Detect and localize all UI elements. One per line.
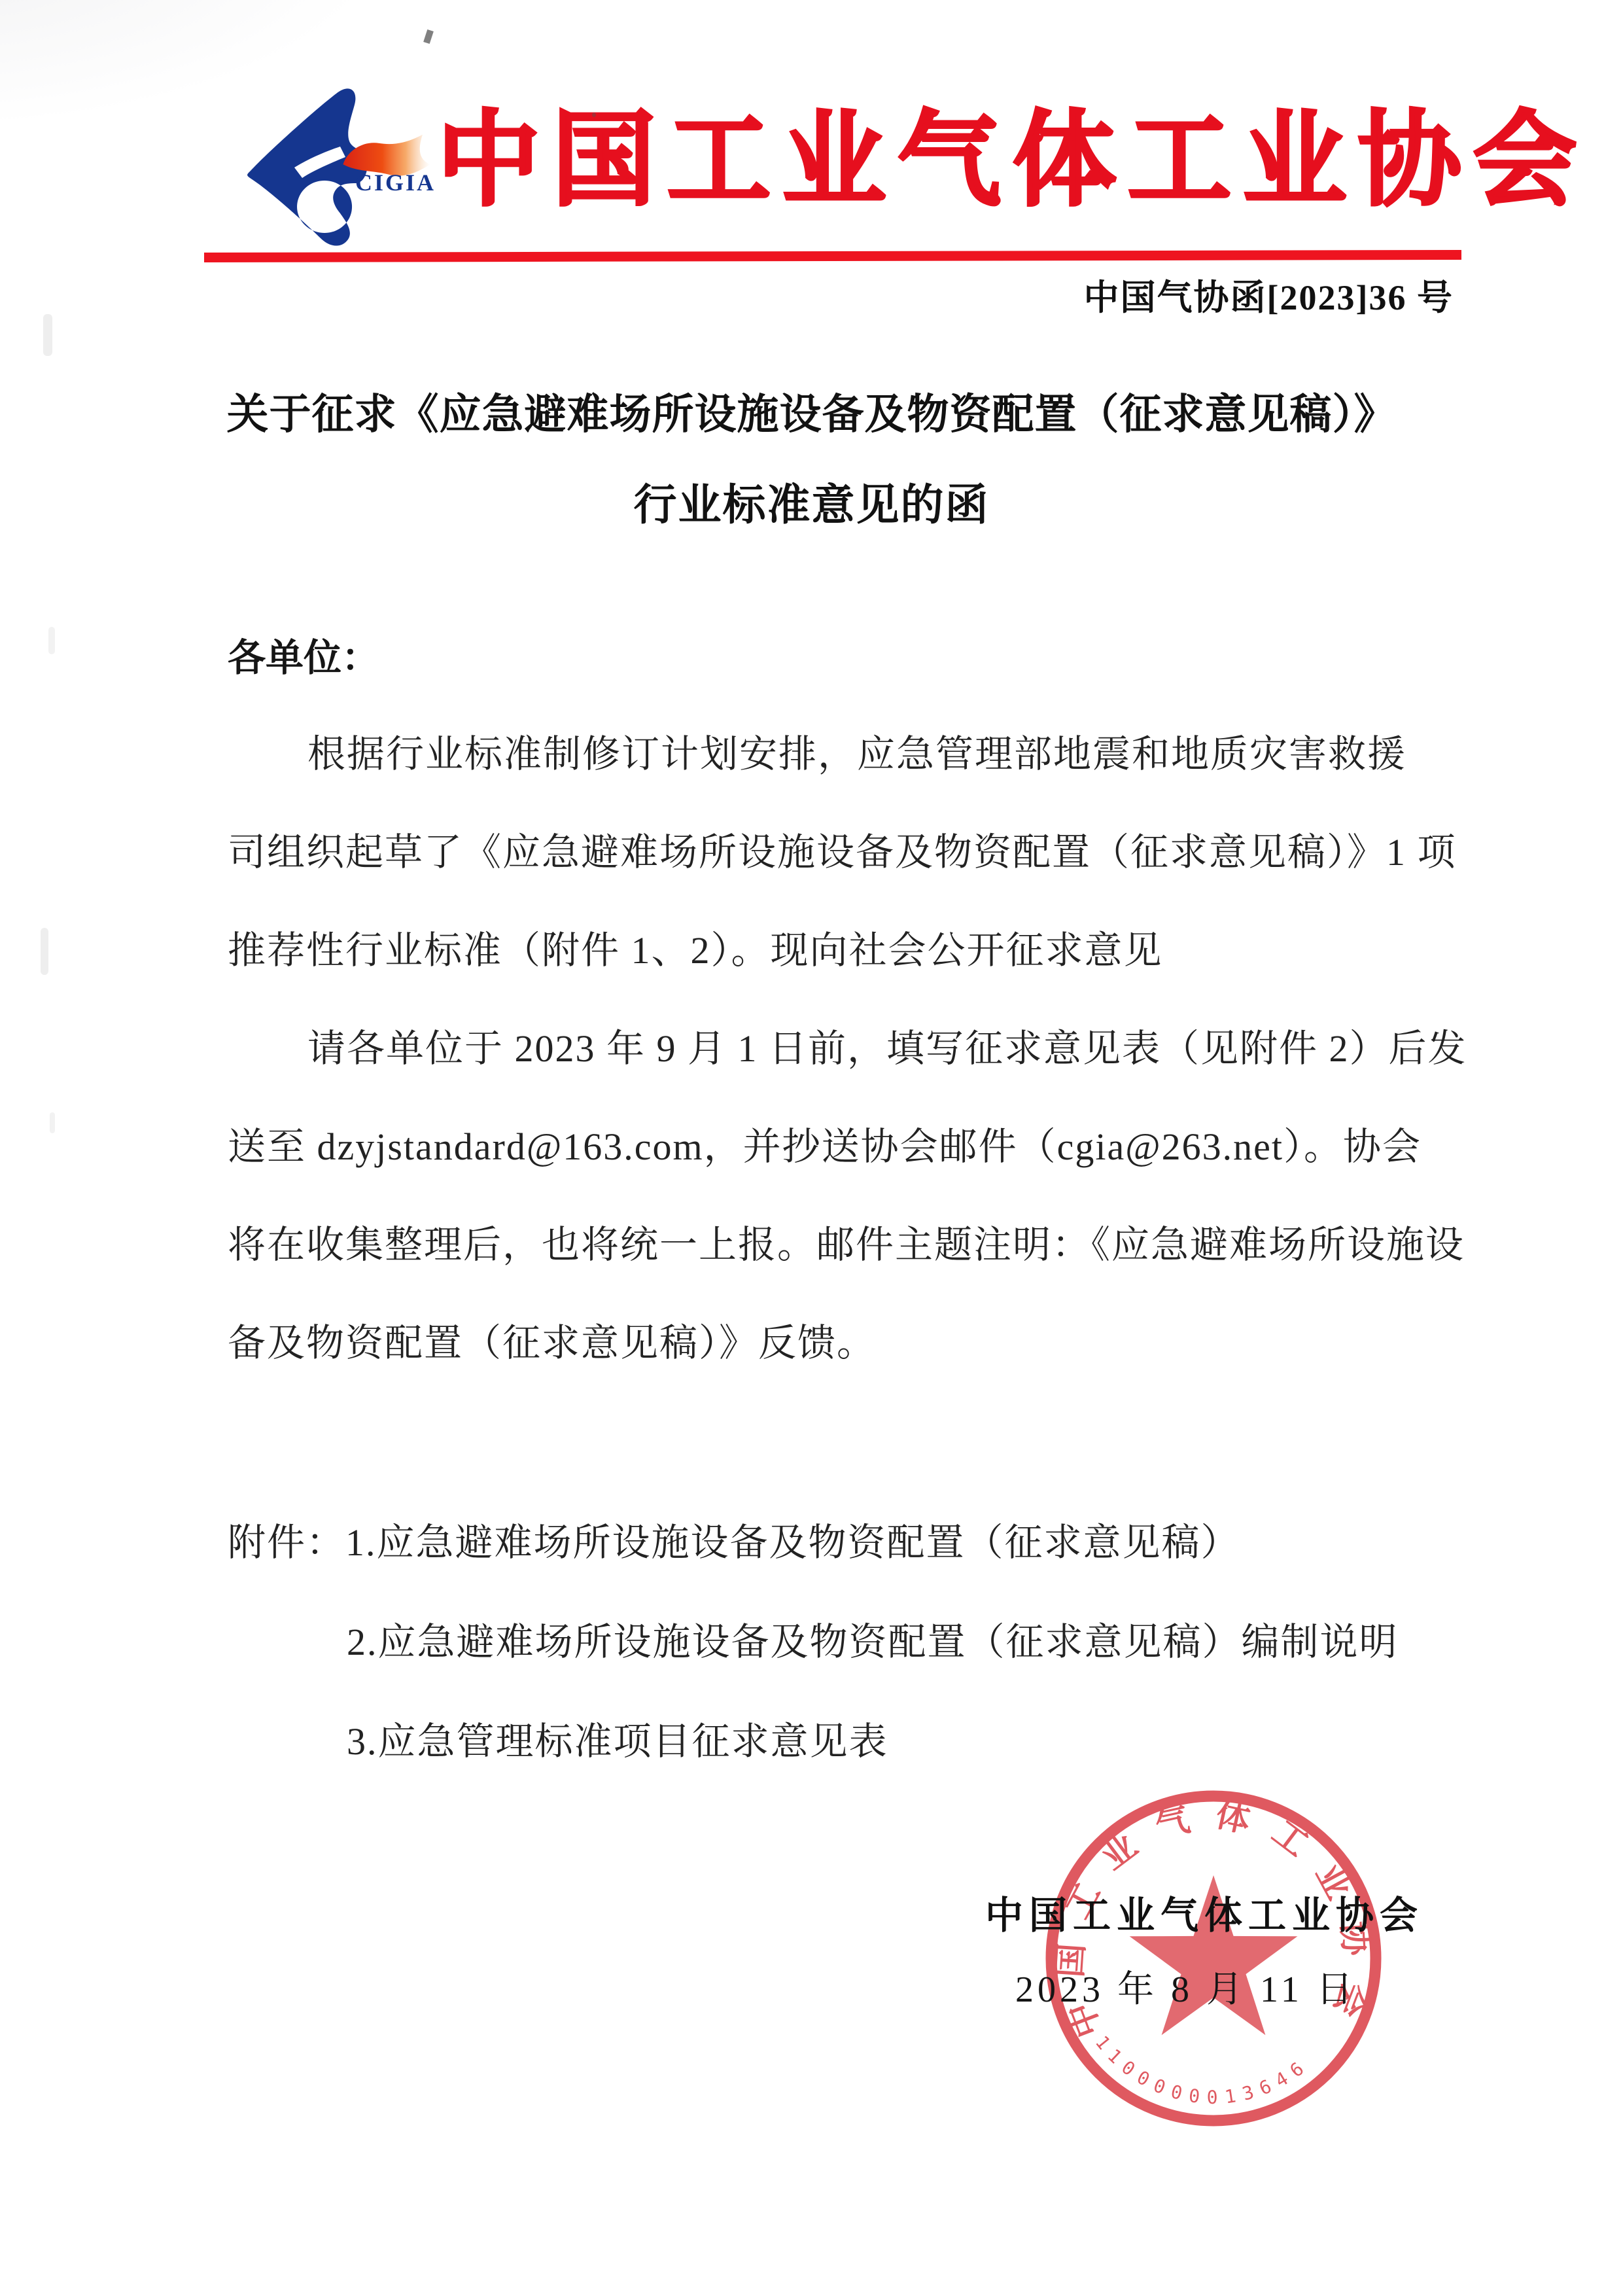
- body-line: 推荐性行业标准（附件 1、2）。现向社会公开征求意见: [228, 902, 1405, 1000]
- signature-date: 2023 年 8 月 11 日: [1015, 1960, 1357, 2013]
- red-divider-line: [204, 250, 1461, 262]
- scan-smudge: [43, 314, 52, 356]
- body-line: 司组织起草了《应急避难场所设施设备及物资配置（征求意见稿）》1 项: [228, 804, 1405, 902]
- body-line: 将在收集整理后，也将统一上报。邮件主题注明：《应急避难场所设施设: [228, 1196, 1405, 1294]
- scanned-letter-page: CIGIA 中国工业气体工业协会 中国气协函[2023]36 号 关于征求《应急…: [0, 0, 1623, 2296]
- association-name-heading: 中国工业气体工业协会: [437, 105, 1418, 216]
- scan-smudge: [41, 928, 48, 975]
- body-line: 根据行业标准制修订计划安排，应急管理部地震和地质灾害救援: [228, 705, 1405, 804]
- attachment-item: 附件：1.应急避难场所设施设备及物资配置（征求意见稿）: [228, 1493, 1471, 1593]
- attachments-label: 附件：: [228, 1521, 345, 1564]
- body-line: 送至 dzyjstandard@163.com，并抄送协会邮件（cgia@263…: [228, 1098, 1405, 1196]
- official-seal: 中国工业气体工业协会 1100000013646: [1037, 1782, 1390, 2135]
- attachment-item-text: 1.应急避难场所设施设备及物资配置（征求意见稿）: [345, 1521, 1240, 1564]
- scan-smudge: [50, 1112, 55, 1133]
- scan-smudge: [48, 627, 55, 654]
- attachment-item: 3.应急管理标准项目征求意见表: [228, 1692, 1471, 1792]
- body-line: 请各单位于 2023 年 9 月 1 日前，填写征求意见表（见附件 2）后发: [228, 1000, 1405, 1098]
- body-line: 备及物资配置（征求意见稿）》反馈。: [228, 1294, 1405, 1392]
- document-number: 中国气协函[2023]36 号: [1084, 270, 1454, 320]
- scan-speck: [423, 29, 434, 44]
- attachments-list: 附件：1.应急避难场所设施设备及物资配置（征求意见稿） 2.应急避难场所设施设备…: [228, 1493, 1471, 1792]
- scan-speck: [592, 113, 596, 117]
- cigia-logo: [241, 85, 444, 249]
- salutation: 各单位：: [228, 627, 379, 682]
- letter-title-line2: 行业标准意见的函: [0, 470, 1623, 532]
- attachment-item: 2.应急避难场所设施设备及物资配置（征求意见稿）编制说明: [228, 1593, 1471, 1692]
- letter-title-line1: 关于征求《应急避难场所设施设备及物资配置（征求意见稿）》: [0, 381, 1623, 441]
- logo-acronym-text: CIGIA: [355, 169, 436, 196]
- signature-org-name: 中国工业气体工业协会: [985, 1884, 1423, 1939]
- letter-body: 根据行业标准制修订计划安排，应急管理部地震和地质灾害救援 司组织起草了《应急避难…: [228, 705, 1405, 1392]
